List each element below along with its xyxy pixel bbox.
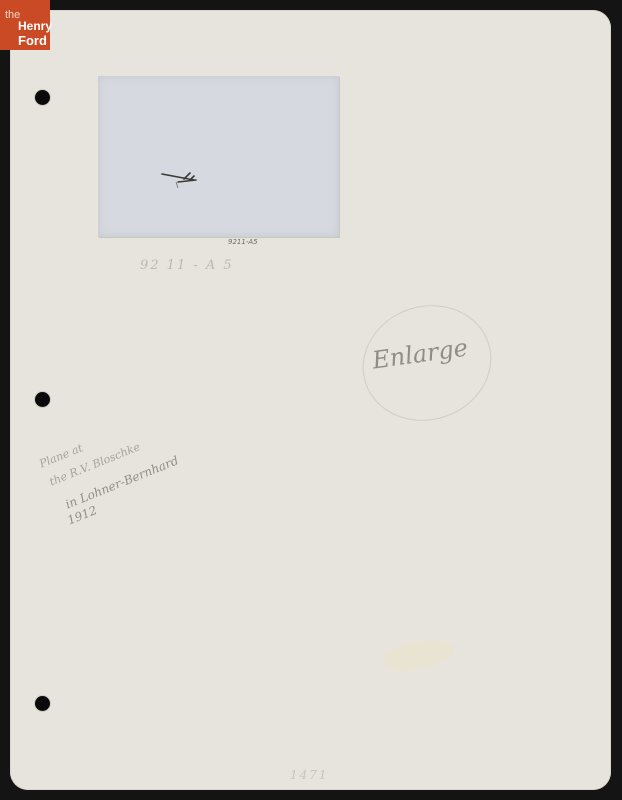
airplane-photo [98,76,339,237]
footer-number: 1471 [290,768,329,782]
airplane-icon [98,76,339,237]
logo-ford: Ford [18,34,47,47]
logo-henry: Henry [18,20,52,32]
henry-ford-logo[interactable]: the Henry Ford [0,0,50,50]
punch-hole-bottom [35,696,50,711]
pencil-id-label: 92 11 - A 5 [140,258,234,273]
punch-hole-top [35,90,50,105]
punch-hole-middle [35,392,50,407]
photo-id-label: 9211-A5 [228,238,258,246]
